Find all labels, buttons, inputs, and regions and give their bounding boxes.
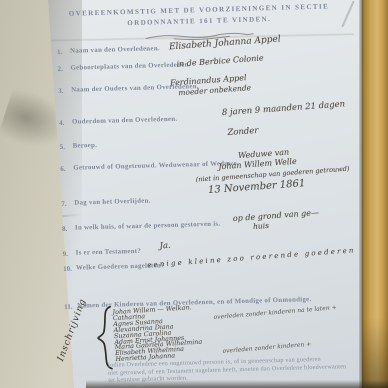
row-number: 3. (58, 87, 63, 95)
row-number: 10. (63, 265, 72, 273)
row-number: 1. (57, 48, 62, 56)
form-row-8: 8. In welk huis, of waar de persoon gest… (1, 216, 388, 241)
handwritten-answer: 8 jaren 9 maanden 21 dagen (222, 99, 346, 118)
handwritten-answer: Ja. (159, 241, 171, 252)
row-label: Ouderdom van den Overledenen. (72, 116, 178, 126)
row-label: Naam van den Overledenen. (70, 45, 160, 55)
row-number: 4. (59, 119, 64, 127)
handwritten-answer: op de grond van ge— (233, 208, 320, 223)
row-number: 5. (60, 143, 65, 151)
row-label: Getrouwd of Ongetrouwd. Weduwenaar of We… (73, 160, 239, 172)
row-number: 2. (57, 65, 62, 73)
children-name-list: Johan Willem — Welkan. Catharina Agnes S… (112, 305, 203, 364)
row-number: 11. (64, 303, 73, 311)
form-row-6: 6. Getrouwd of Ongetrouwd. Weduwenaar of… (0, 156, 388, 181)
form-row-5: 5. Beroep. Zonder (0, 134, 387, 159)
row-number: 8. (62, 225, 67, 233)
binding-strip (362, 0, 388, 388)
row-label: Is er een Testament? (76, 248, 142, 257)
bottom-edge-shadow (86, 380, 388, 388)
row-label: Beroep. (73, 142, 98, 150)
handwritten-margin-note: overleden zonder kinderen + (222, 341, 311, 355)
row-number: 9. (63, 250, 68, 258)
row-label: Dag van het Overlijden. (74, 198, 151, 207)
form-row-3: 3. Naam der Ouders van den Overledenen. … (0, 78, 385, 103)
form-header: OVEREENKOMSTIG MET DE VOORZIENINGEN IN S… (53, 1, 346, 31)
handwritten-answer: Zonder (227, 126, 259, 138)
row-label: Geboorteplaats van den Overledenen. (70, 61, 190, 71)
row-number: 6. (60, 165, 65, 173)
row-number: 7. (61, 200, 66, 208)
form-row-7: 7. Dag van het Overlijden. 13 November 1… (0, 191, 388, 216)
handwritten-answer: huis (253, 221, 270, 231)
form-row-4: 4. Ouderdom van den Overledenen. 8 jaren… (0, 110, 386, 135)
row-label: In welk huis, of waar de persoon gestorv… (75, 221, 221, 232)
page-content: OVEREENKOMSTIG MET DE VOORZIENINGEN IN S… (0, 0, 388, 388)
photo-of-document: { "header": { "line1": "OVEREENKOMSTIG M… (0, 0, 388, 388)
